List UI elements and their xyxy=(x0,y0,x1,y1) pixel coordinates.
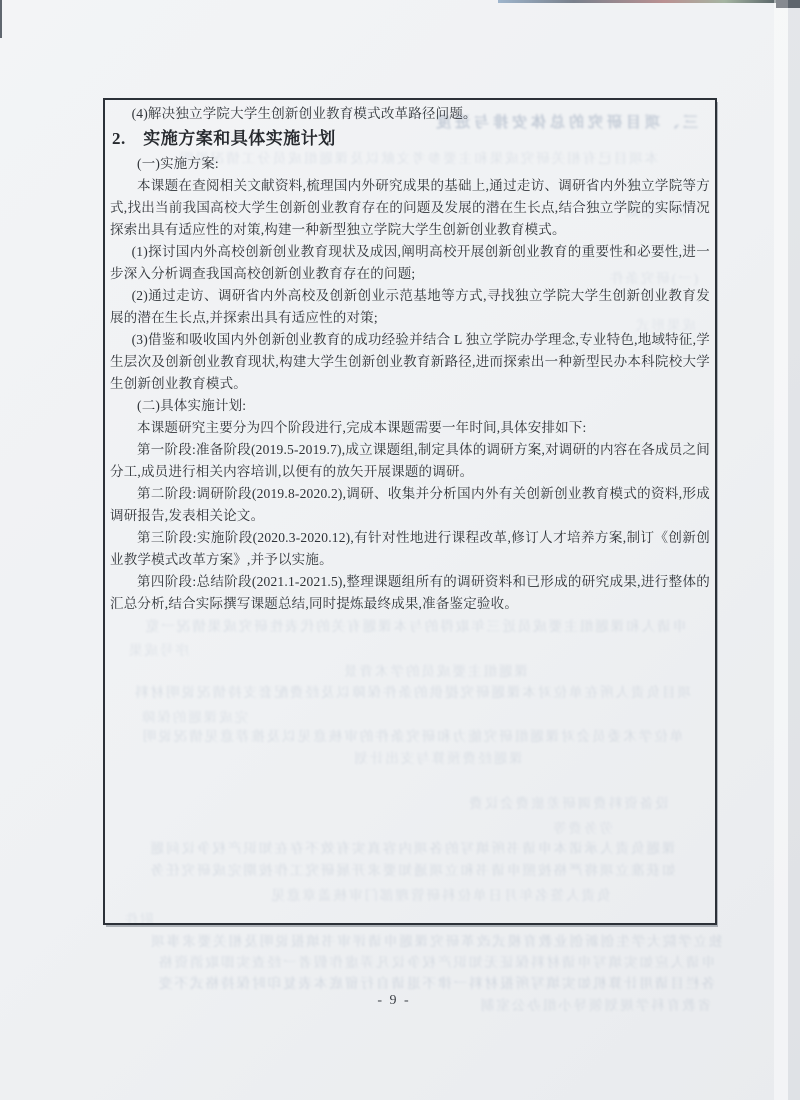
paragraph-phases-intro: 本课题研究主要分为四个阶段进行,完成本课题需要一年时间,具体安排如下: xyxy=(110,417,710,439)
paragraph-phase-1: 第一阶段:准备阶段(2019.5-2019.7),成立课题组,制定具体的调研方案… xyxy=(110,439,710,483)
scan-edge-artifact xyxy=(498,0,800,3)
clause-4: (4)解决独立学院大学生创新创业教育模式改革路径问题。 xyxy=(110,103,710,125)
scan-page-edge xyxy=(788,0,800,1100)
bleedthrough-text: 各栏目请用计算机如实填写所报材料一律不退请自行留底本表复印时保持格式不变 xyxy=(90,975,782,993)
subsection-2-heading: (二)具体实施计划: xyxy=(110,395,710,417)
form-border-box: (4)解决独立学院大学生创新创业教育模式改革路径问题。 2. 实施方案和具体实施… xyxy=(103,98,717,925)
clause-1: (1)探讨国内外高校创新创业教育现状及成因,阐明高校开展创新创业教育的重要性和必… xyxy=(110,241,710,285)
subsection-1-heading: (一)实施方案: xyxy=(110,153,710,175)
page-number: - 9 - xyxy=(0,993,788,1009)
scanned-document-page: 三、项目研究的总体安排与进度 本项目已有相关研究成果和主要参考文献以及课题组成员… xyxy=(0,0,800,1100)
paragraph-phase-3: 第三阶段:实施阶段(2020.3-2020.12),有针对性地进行课程改革,修订… xyxy=(110,527,710,571)
bleedthrough-text: 独立学院大学生创新创业教育模式改革研究课题申请评审书填报说明及相关要求事项 xyxy=(90,933,782,951)
paragraph-overview: 本课题在查阅相关文献资料,梳理国内外研究成果的基础上,通过走访、调研省内外独立学… xyxy=(110,175,710,241)
bleedthrough-text: 申请人应如实填写申请材料保证无知识产权争议凡弄虚作假者一经查实即取消资格 xyxy=(90,954,782,972)
clause-2: (2)通过走访、调研省内外高校及创新创业示范基地等方式,寻找独立学院大学生创新创… xyxy=(110,285,710,329)
paragraph-phase-4: 第四阶段:总结阶段(2021.1-2021.5),整理课题组所有的调研资料和已形… xyxy=(110,571,710,615)
scan-smudge-artifact xyxy=(0,0,2,38)
section-2-heading: 2. 实施方案和具体实施计划 xyxy=(112,126,710,152)
paragraph-phase-2: 第二阶段:调研阶段(2019.8-2020.2),调研、收集并分析国内外有关创新… xyxy=(110,483,710,527)
clause-3: (3)借鉴和吸收国内外创新创业教育的成功经验并结合 L 独立学院办学理念,专业特… xyxy=(110,329,710,395)
